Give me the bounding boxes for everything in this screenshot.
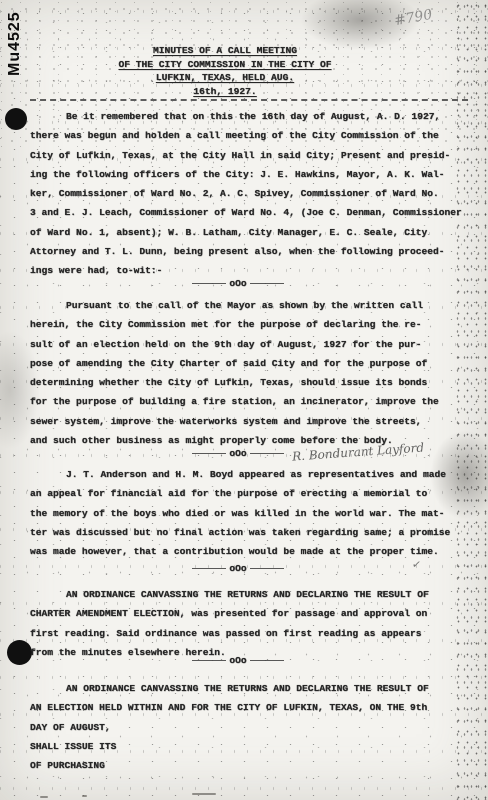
text-line: MINUTES OF A CALL MEETING xyxy=(10,44,440,58)
text-line: ker, Commissioner of Ward No. 2, A. C. S… xyxy=(30,184,478,203)
text-line: Pursuant to the call of the Mayor as sho… xyxy=(30,296,478,315)
separator-line xyxy=(250,660,284,661)
text-line: OF THE CITY COMMISSION IN THE CITY OF xyxy=(10,58,440,72)
text-line: LUFKIN, TEXAS, HELD AUG. xyxy=(10,71,440,85)
text-line: herein, the City Commission met for the … xyxy=(30,315,478,334)
document-title: MINUTES OF A CALL MEETINGOF THE CITY COM… xyxy=(10,44,440,98)
text-line: first reading. Said ordinance was passed… xyxy=(30,624,478,643)
ink-speck xyxy=(192,793,216,795)
text-line: of Ward No. 1, absent); W. B. Latham, Ci… xyxy=(30,223,478,242)
ink-speck xyxy=(40,796,48,798)
text-line: SHALL ISSUE ITS xyxy=(30,737,478,756)
text-line: there was begun and holden a call meetin… xyxy=(30,126,478,145)
paragraph-opening-record: Be it remembered that on this the 16th d… xyxy=(30,107,478,281)
text-line: Be it remembered that on this the 16th d… xyxy=(30,107,478,126)
text-line: AN ORDINANCE CANVASSING THE RETURNS AND … xyxy=(30,585,478,604)
separator-line xyxy=(250,568,284,569)
text-line: AN ORDINANCE CANVASSING THE RETURNS AND … xyxy=(30,679,478,698)
paragraph-ordinance-election-result: AN ORDINANCE CANVASSING THE RETURNS AND … xyxy=(30,679,478,775)
separator-line xyxy=(192,568,226,569)
section-separator: oOo xyxy=(192,655,284,666)
text-line: the memory of the boys who died or was k… xyxy=(30,504,478,523)
text-line: determining whether the City of Lufkin, … xyxy=(30,373,478,392)
separator-label: oOo xyxy=(229,563,246,574)
pen-check-mark: ✓ xyxy=(411,557,422,571)
separator-line xyxy=(250,453,284,454)
text-line: DAY OF AUGUST, xyxy=(30,718,478,737)
text-line: pose of amending the City Charter of sai… xyxy=(30,354,478,373)
ink-speck xyxy=(82,795,87,797)
text-line: ing the following officers of the City: … xyxy=(30,165,478,184)
dashed-rule xyxy=(30,99,468,101)
text-line: City of Lufkin, Texas, at the City Hall … xyxy=(30,146,478,165)
separator-line xyxy=(192,660,226,661)
punch-hole-top xyxy=(5,108,27,130)
text-line: 16th, 1927. xyxy=(10,85,440,99)
section-separator: oOo xyxy=(192,563,284,574)
paragraph-purpose-of-meeting: Pursuant to the call of the Mayor as sho… xyxy=(30,296,478,450)
text-line: was made however, that a contribution wo… xyxy=(30,542,478,561)
punch-hole-bottom xyxy=(7,640,32,665)
paragraph-memorial-appeal: J. T. Anderson and H. M. Boyd appeared a… xyxy=(30,465,478,561)
separator-label: oOo xyxy=(229,655,246,666)
separator-label: oOo xyxy=(229,278,246,289)
section-separator: oOo xyxy=(192,278,284,289)
text-line: sult of an election held on the 9th day … xyxy=(30,335,478,354)
text-line: J. T. Anderson and H. M. Boyd appeared a… xyxy=(30,465,478,484)
separator-line xyxy=(192,453,226,454)
text-line: AN ELECTION HELD WITHIN AND FOR THE CITY… xyxy=(30,698,478,717)
separator-label: oOo xyxy=(229,448,246,459)
section-separator: oOo xyxy=(192,448,284,459)
text-line: sewer system, improve the waterworks sys… xyxy=(30,412,478,431)
text-line: 3 and E. J. Leach, Commissioner of Ward … xyxy=(30,203,478,222)
text-line: ter was discussed but no final action wa… xyxy=(30,523,478,542)
text-line: for the purpose of building a fire stati… xyxy=(30,392,478,411)
text-line: Attorney and T. L. Dunn, being present a… xyxy=(30,242,478,261)
scanned-document-page: Mu4525 #790 MINUTES OF A CALL MEETINGOF … xyxy=(0,0,488,800)
text-line: OF PURCHASING xyxy=(30,756,478,775)
handwritten-page-number: #790 xyxy=(393,7,434,29)
text-line: an appeal for financial aid for the purp… xyxy=(30,484,478,503)
separator-line xyxy=(192,283,226,284)
separator-line xyxy=(250,283,284,284)
paragraph-ordinance-charter-amendment: AN ORDINANCE CANVASSING THE RETURNS AND … xyxy=(30,585,478,662)
text-line: CHARTER AMENDMENT ELECTION, was presente… xyxy=(30,604,478,623)
